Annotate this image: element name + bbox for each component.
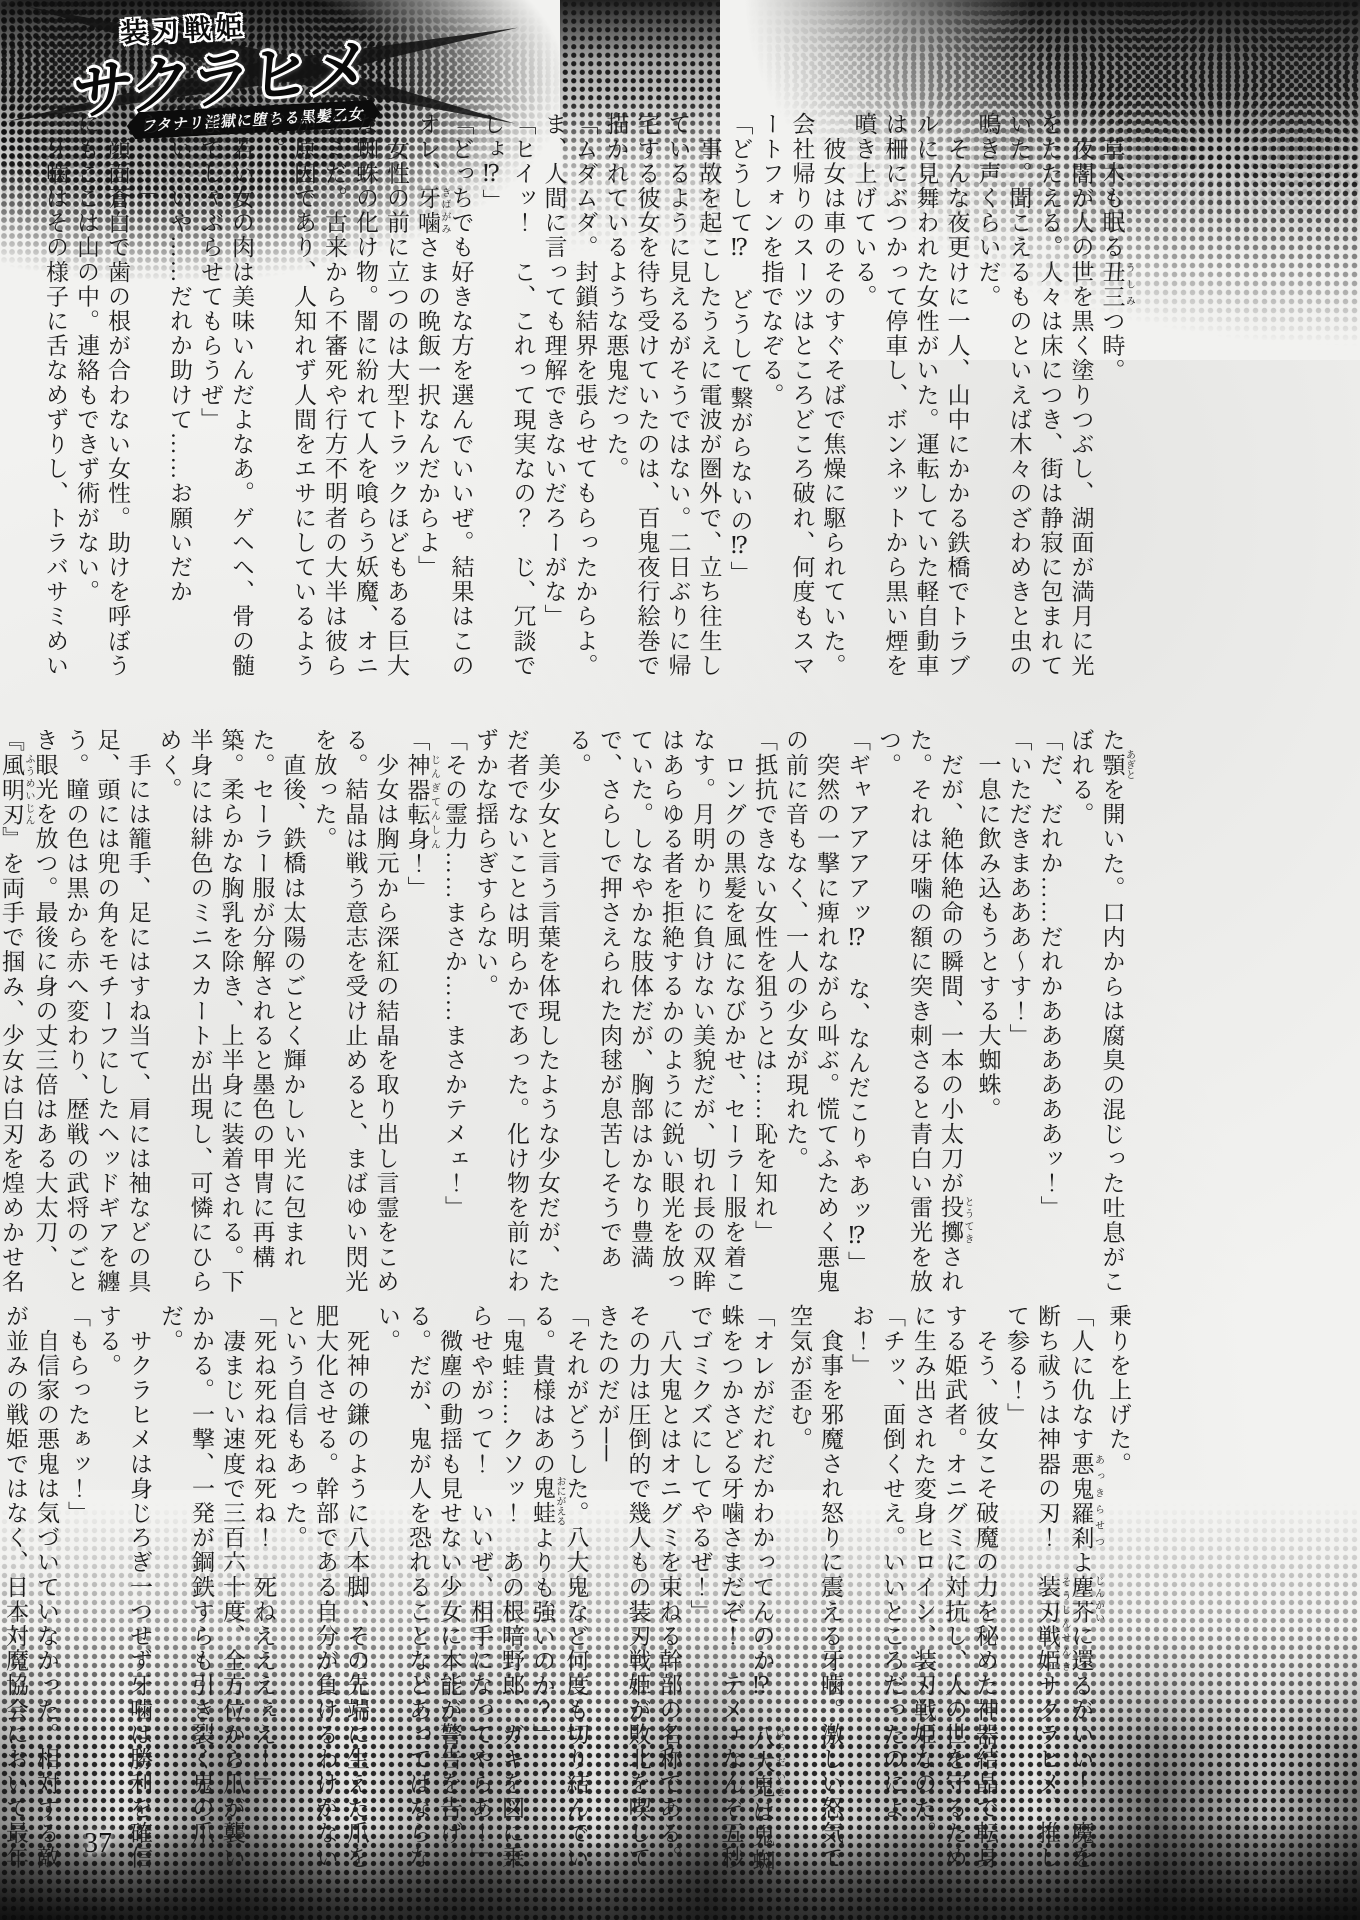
paragraph: 食事を邪魔され怒りに震える牙噛。激しい怒気で空気が歪む。 <box>784 1304 846 1882</box>
paragraph: 「オレがだれだかわかってんのか⁉ 八大鬼はちだいきは鬼蜘蛛をつかさどる牙噛さまだ… <box>685 1304 785 1882</box>
paragraph: サクラヒメは身じろぎ一つせず牙噛は勝利を確信する。 <box>93 1304 155 1882</box>
paragraph: 突然の一撃に痺れながら叫ぶ。慌てふためく悪鬼の前に音もなく、一人の少女が現れた。 <box>780 728 842 1306</box>
paragraph: 顔面蒼白で歯の根が合わない女性。助けを呼ぼうにもここは山の中。連絡もできず術がな… <box>71 112 133 690</box>
paragraph: 乗りを上げた。 <box>1103 1304 1134 1882</box>
paragraph: 「それがどうした。八大鬼など何度も切り結んでいる。貴様はあの鬼蛙おにがえるよりも… <box>527 1304 592 1882</box>
paragraph: 一息に飲み込もうとする大蜘蛛。 <box>973 728 1004 1306</box>
paragraph: 「神器転身じんぎてんしん！」 <box>402 728 440 1306</box>
paragraph: そんな夜更けに一人、山中にかかる鉄橋でトラブルに見舞われた女性がいた。運転してい… <box>849 112 973 690</box>
page-number: 37 <box>84 1828 112 1860</box>
paragraph: 八大鬼とはオニグミを束ねる幹部の名称である。その力は圧倒的で幾人もの装刃戦姫が敗… <box>592 1304 685 1882</box>
paragraph: 微塵の動揺も見せない少女に本能が警告を告げる。だが、鬼が人を恐れることなどあって… <box>372 1304 465 1882</box>
paragraph: 「ムダムダ。封鎖結界を張らせてもらったからよ。ま、人間に言っても理解できないだろ… <box>539 112 601 690</box>
paragraph: 「だ、だれか……だれかああああああッ！」 <box>1035 728 1066 1306</box>
paragraph: 「チッ、面倒くせえ。いいところだったのによお！」 <box>846 1304 908 1882</box>
paragraph: 「人に仇なす悪鬼羅刹あっきらせつよ塵芥じんかいに還るがいい！ 魔を断ち祓うは神器… <box>1001 1304 1103 1882</box>
paragraph: た顎あぎとを開いた。口内からは腐臭の混じった吐息がこぼれる。 <box>1066 728 1135 1306</box>
paragraph: 「抵抗できない女性を狙うとは……恥を知れ」 <box>749 728 780 1306</box>
paragraph: 「若い女の肉は美味いんだよなあ。ゲヘヘ、骨の髄までしゃぶらせてもらうぜ」 <box>195 112 257 690</box>
text-band-bottom: 乗りを上げた。「人に仇なす悪鬼羅刹あっきらせつよ塵芥じんかいに還るがいい！ 魔を… <box>50 1304 1134 1882</box>
paragraph: 草木も眠る丑三うしみつ時。 <box>1097 112 1135 690</box>
paragraph: 夜闇が人の世を黒く塗りつぶし、湖面が満月に光をたたえる。人々は床につき、街は静寂… <box>973 112 1097 690</box>
paragraph: 直後、鉄橋は太陽のごとく輝かしい光に包まれた。セーラー服が分解されると墨色の甲冑… <box>154 728 309 1306</box>
paragraph: ロングの黒髪を風になびかせ、セーラー服を着こなす。月明かりに負けない美貌だが、切… <box>563 728 749 1306</box>
paragraph: 「死ね死ね死ね死ね！ 死ねえええぇえ！」 <box>248 1304 279 1882</box>
scanned-novel-page: 装刃戦姫 サクラヒメ フタナリ淫獄に堕ちる黒髪乙女 草木も眠る丑三うしみつ時。 … <box>0 0 1360 1920</box>
paragraph: 「ヒイッ！ こ、これって現実なの？ じ、冗談でしょ⁉」 <box>477 112 539 690</box>
paragraph: 少女は胸元から深紅の結晶を取り出し言霊をこめる。結晶は戦う意志を受け止めると、ま… <box>309 728 402 1306</box>
paragraph: 死神の鎌のように八本脚、その先端に生えた爪を肥大化させる。幹部である自分が負ける… <box>279 1304 372 1882</box>
paragraph: 美少女と言う言葉を体現したような少女だが、ただ者でないことは明らかであった。化け… <box>470 728 563 1306</box>
paragraph: 凄まじい速度で三百六十度、全方位から爪が襲いかかる。一撃、一発が鋼鉄すらも引き裂… <box>155 1304 248 1882</box>
paragraph: 「ギャアアアアッ⁉ な、なんだこりゃあッ⁉」 <box>842 728 873 1306</box>
paragraph: そう、彼女こそ破魔の力を秘めた神器結晶で転身する姫武者。オニグミに対抗し、人の世… <box>908 1304 1001 1882</box>
paragraph: だが、絶体絶命の瞬間、一本の小太刀が投擲とうてきされた。それは牙噛の額に突き刺さ… <box>873 728 973 1306</box>
paragraph: 「もらったぁッ！」 <box>62 1304 93 1882</box>
text-band-top: 草木も眠る丑三うしみつ時。 夜闇が人の世を黒く塗りつぶし、湖面が満月に光をたたえ… <box>50 112 1134 690</box>
paragraph: 「鬼蛙……クソッ！ あの根暗野郎、ガキを図に乗らせやがって！ いいぜ、相手になっ… <box>465 1304 527 1882</box>
paragraph: 自信家の悪鬼は気づいていなかった。相対する敵が並みの戦姫ではなく、日本対魔協会に… <box>0 1304 62 1882</box>
paragraph: 「どうして⁉ どうして繋がらないの⁉」 <box>725 112 756 690</box>
paragraph: 彼女は車のそのすぐそばで焦燥に駆られていた。会社帰りのスーツはところどころ破れ、… <box>756 112 849 690</box>
paragraph: 「い、いや……だれか助けて……お願いだから……」 <box>133 112 195 690</box>
paragraph: 女性の前に立つのは大型トラックほどもある巨大な蜘蛛の化け物。闇に紛れて人を喰らう… <box>257 112 412 690</box>
paragraph: 事故を起こしたうえに電波が圏外で、立ち往生しているように見えるがそうではない。二… <box>601 112 725 690</box>
text-band-middle: た顎あぎとを開いた。口内からは腐臭の混じった吐息がこぼれる。「だ、だれか……だれ… <box>50 728 1134 1306</box>
paragraph: 手には籠手、足にはすね当て、肩には袖などの具足、頭には兜の角をモチーフにしたヘッ… <box>0 728 154 1306</box>
paragraph: 「その霊力……まさか……まさかテメェ！」 <box>439 728 470 1306</box>
paragraph: 牙噛はその様子に舌なめずりし、トラバサミめい <box>40 112 71 690</box>
paragraph: 「どっちでも好きな方を選んでいいぜ。結果はこのオレ、牙噛きばがみさまの晩飯一択な… <box>412 112 477 690</box>
paragraph: 「いただきまあああ～す！」 <box>1004 728 1035 1306</box>
